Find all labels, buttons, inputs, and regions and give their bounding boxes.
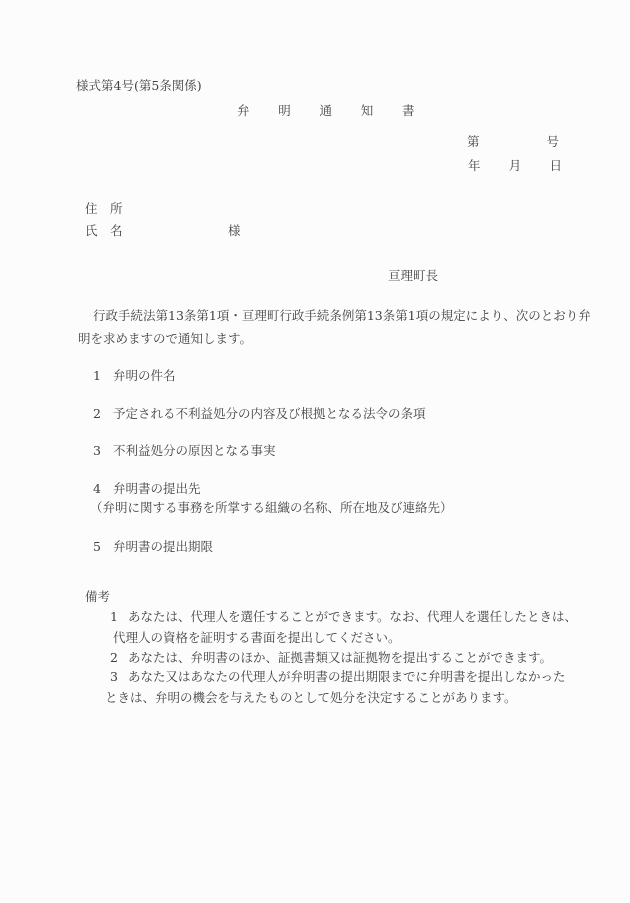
remark-note-3-line-2: ときは、弁明の機会を与えたものとして処分を決定することがあります。 (105, 688, 517, 706)
item-text: 弁明書の提出先 (113, 481, 201, 496)
body-line-2: 明を求めますので通知します。 (78, 327, 591, 350)
note-number: 2 (110, 650, 128, 665)
item-number: 5 (93, 539, 113, 554)
item-number: 4 (93, 481, 113, 496)
note-number: 1 (110, 609, 128, 624)
form-number: 様式第4号(第5条関係) (76, 76, 202, 94)
item-planned-disposition: 2予定される不利益処分の内容及び根拠となる法令の条項 (93, 404, 426, 422)
body-line-1: 行政手続法第13条第1項・亘理町行政手続条例第13条第1項の規定により、次のとお… (78, 304, 591, 327)
date-month-label: 月 (509, 156, 522, 174)
item-number: 1 (93, 368, 113, 383)
item-number: 3 (93, 443, 113, 458)
note-number: 3 (110, 669, 128, 684)
item-facts: 3不利益処分の原因となる事実 (93, 441, 276, 459)
document-title: 弁 明 通 知 書 (237, 101, 423, 119)
date-day-label: 日 (549, 156, 562, 174)
address-label: 住 所 (85, 199, 123, 217)
document-page: 様式第4号(第5条関係) 弁 明 通 知 書 第 号 年 月 日 住 所 氏 名… (0, 0, 630, 903)
remarks-heading: 備考 (85, 587, 110, 605)
item-text: 弁明の件名 (113, 368, 176, 383)
remark-note-3-line-1: 3あなた又はあなたの代理人が弁明書の提出期限までに弁明書を提出しなかった (110, 667, 566, 685)
note-text: あなたは、代理人を選任することができます。なお、代理人を選任したときは、 (128, 609, 577, 624)
name-label: 氏 名 (85, 223, 123, 238)
name-line: 氏 名 様 (85, 221, 305, 239)
doc-number-line: 第 号 (467, 132, 559, 150)
item-submission-deadline: 5弁明書の提出期限 (93, 537, 213, 555)
item-submission-place: 4弁明書の提出先 (93, 479, 201, 497)
note-text: あなたは、弁明書のほか、証拠書類又は証拠物を提出することができます。 (128, 650, 552, 665)
remark-note-2-line-1: 2あなたは、弁明書のほか、証拠書類又は証拠物を提出することができます。 (110, 648, 552, 666)
note-text: あなた又はあなたの代理人が弁明書の提出期限までに弁明書を提出しなかった (128, 669, 566, 684)
doc-number-suffix: 号 (546, 132, 559, 150)
item-text: 弁明書の提出期限 (113, 539, 213, 554)
honorific-label: 様 (228, 221, 241, 239)
item-number: 2 (93, 406, 113, 421)
remark-note-1-line-1: 1あなたは、代理人を選任することができます。なお、代理人を選任したときは、 (110, 607, 577, 625)
item-submission-place-note: （弁明に関する事務を所掌する組織の名称、所在地及び連絡先） (90, 498, 453, 516)
item-text: 不利益処分の原因となる事実 (113, 443, 276, 458)
date-line: 年 月 日 (468, 156, 562, 174)
date-year-label: 年 (468, 156, 481, 174)
remark-note-1-line-2: 代理人の資格を証明する書面を提出してください。 (113, 628, 401, 646)
item-explanation-subject: 1弁明の件名 (93, 366, 176, 384)
sender-title: 亘理町長 (388, 266, 438, 284)
doc-number-prefix: 第 (467, 132, 480, 150)
item-text: 予定される不利益処分の内容及び根拠となる法令の条項 (113, 406, 426, 421)
body-paragraph: 行政手続法第13条第1項・亘理町行政手続条例第13条第1項の規定により、次のとお… (78, 304, 591, 350)
